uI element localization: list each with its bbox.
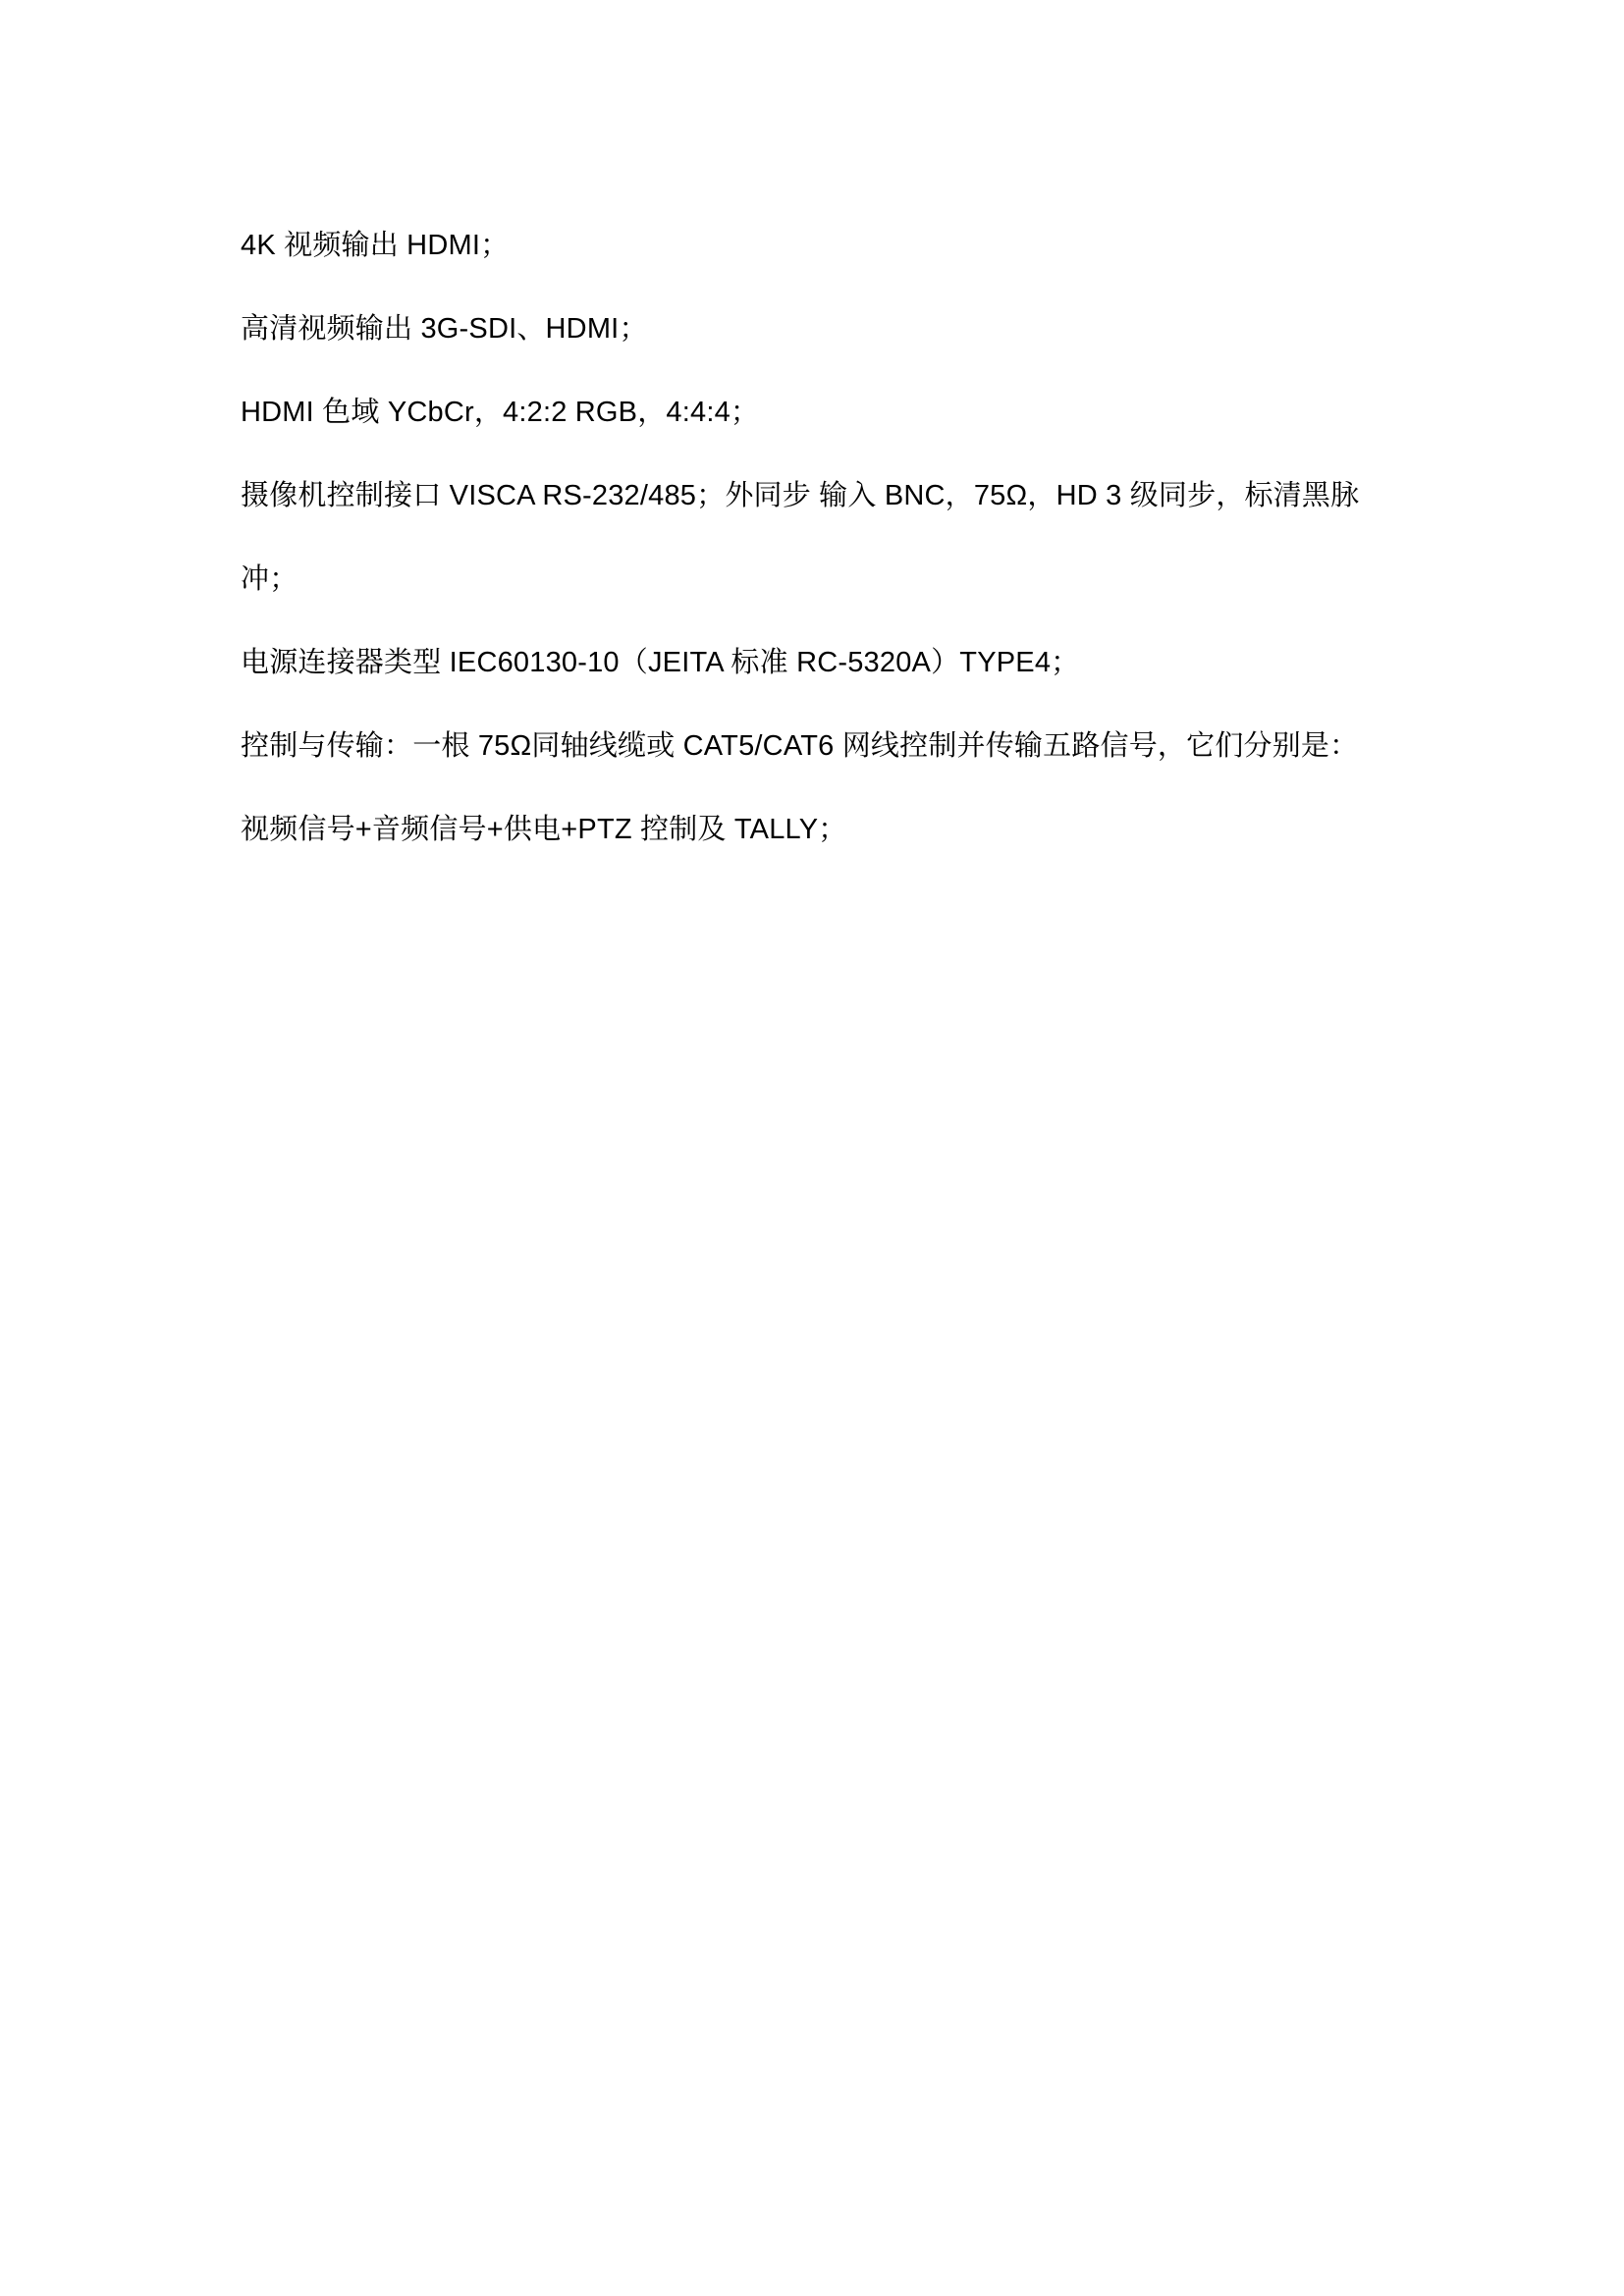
spec-line-camera-control-wrap: 冲； [241,538,1506,621]
spec-line-hd-video-output: 高清视频输出 3G-SDI、HDMI； [241,288,1506,371]
spec-line-signal-list: 视频信号+音频信号+供电+PTZ 控制及 TALLY； [241,788,1506,872]
document-text-block: 4K 视频输出 HDMI； 高清视频输出 3G-SDI、HDMI； HDMI 色… [241,204,1506,872]
spec-line-control-transmission: 控制与传输：一根 75Ω同轴线缆或 CAT5/CAT6 网线控制并传输五路信号，… [241,705,1506,788]
spec-line-power-connector: 电源连接器类型 IEC60130-10（JEITA 标准 RC-5320A）TY… [241,621,1506,705]
spec-line-4k-video-output: 4K 视频输出 HDMI； [241,204,1506,288]
spec-line-camera-control: 摄像机控制接口 VISCA RS-232/485；外同步 输入 BNC，75Ω，… [241,454,1506,538]
spec-line-hdmi-color-space: HDMI 色域 YCbCr，4:2:2 RGB，4:4:4； [241,371,1506,454]
document-page: 4K 视频输出 HDMI； 高清视频输出 3G-SDI、HDMI； HDMI 色… [0,0,1624,2296]
